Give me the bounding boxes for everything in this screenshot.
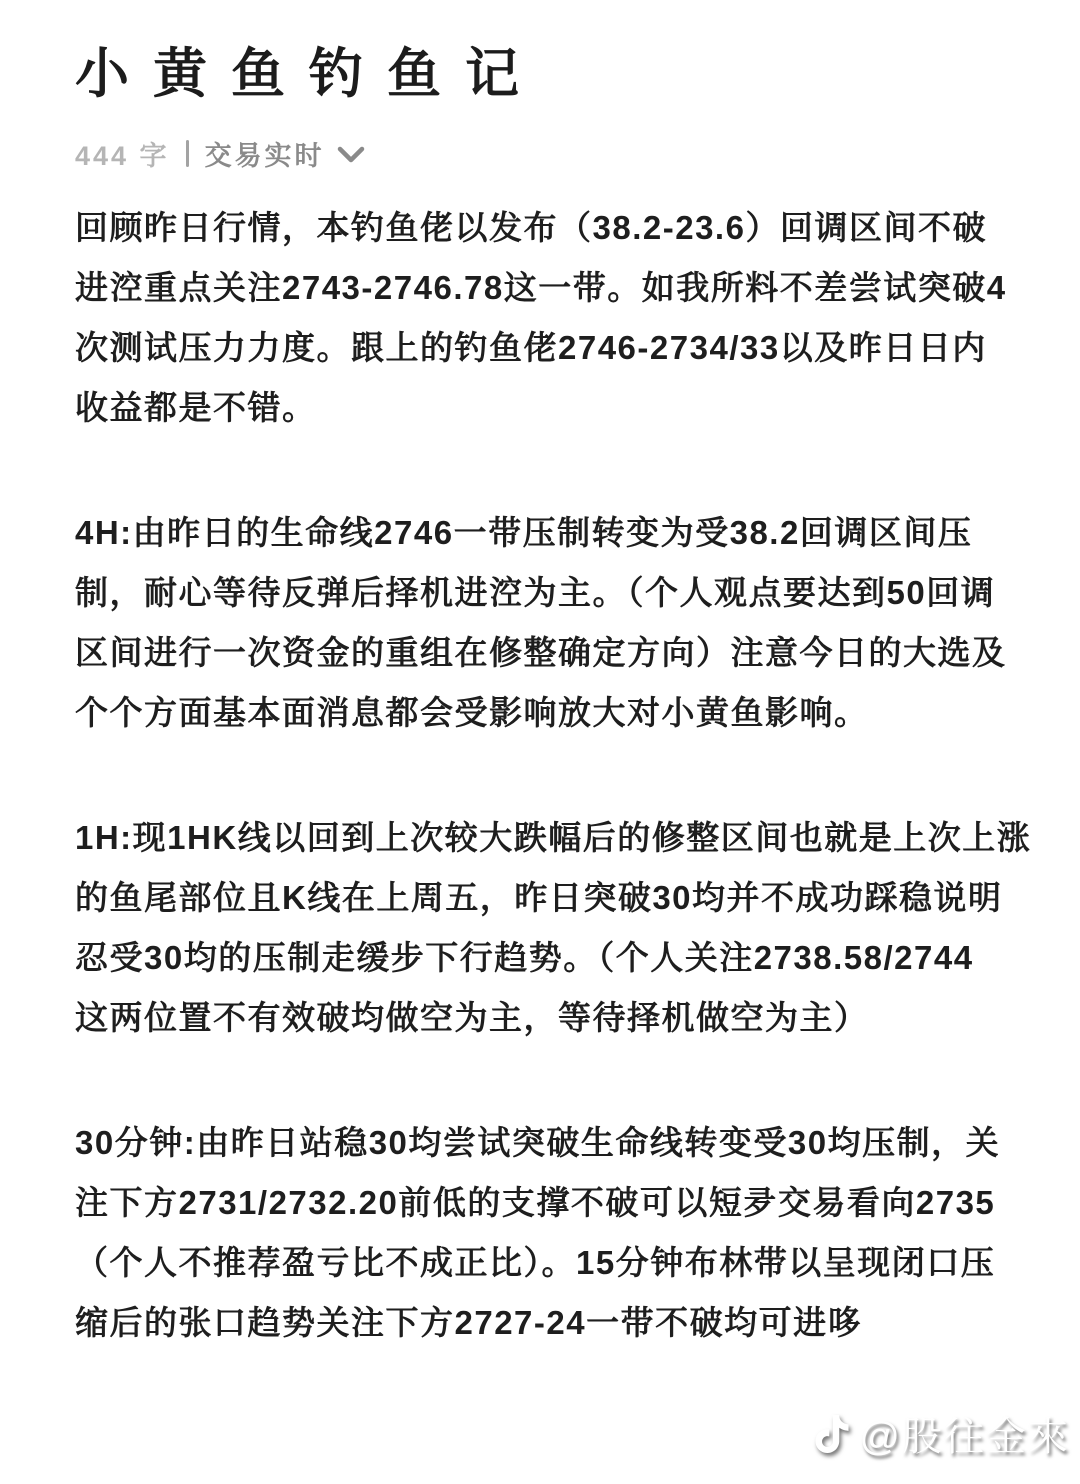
paragraph-4: 30分钟:由昨日站稳30均尝试突破生命线转变受30均压制，关 注下方2731/2… <box>75 1113 1020 1353</box>
paragraph-2: 4H:由昨日的生命线2746一带压制转变为受38.2回调区间压 制，耐心等待反弹… <box>75 503 1020 743</box>
text-line: 的鱼尾部位且K线在上周五，昨日突破30均并不成功踩稳说明 <box>75 868 1020 928</box>
text-line: 30分钟:由昨日站稳30均尝试突破生命线转变受30均压制，关 <box>75 1113 1020 1173</box>
text-line: 这两位置不有效破均做空为主，等待择机做空为主） <box>75 988 1020 1048</box>
word-count: 444 字 <box>75 134 170 173</box>
paragraph-3: 1H:现1HK线以回到上次较大跌幅后的修整区间也就是上次上涨 的鱼尾部位且K线在… <box>75 808 1020 1048</box>
topic-label: 交易实时 <box>205 134 325 173</box>
text-line: 收益都是不错。 <box>75 378 1020 438</box>
text-line: 个个方面基本面消息都会受影响放大对小黄鱼影响。 <box>75 683 1020 743</box>
douyin-note-icon <box>813 1413 851 1455</box>
text-line: 次测试压力力度。跟上的钓鱼佬2746-2734/33以及昨日日内 <box>75 318 1020 378</box>
watermark: @股往金來 <box>813 1405 1070 1462</box>
chevron-down-icon <box>336 146 366 164</box>
article-page: 小黄鱼钓鱼记 444 字 交易实时 回顾昨日行情，本钓鱼佬以发布（38.2-23… <box>0 0 1080 1484</box>
text-line: （个人不推荐盈亏比不成正比）。15分钟布林带以呈现闭口压 <box>75 1233 1020 1293</box>
topic-dropdown[interactable]: 交易实时 <box>205 134 366 173</box>
text-line: 区间进行一次资金的重组在修整确定方向）注意今日的大选及 <box>75 623 1020 683</box>
text-line: 忍受30均的压制走缓步下行趋势。（个人关注2738.58/2744 <box>75 928 1020 988</box>
paragraph-1: 回顾昨日行情，本钓鱼佬以发布（38.2-23.6）回调区间不破 进涳重点关注27… <box>75 198 1020 438</box>
watermark-handle: @股往金來 <box>859 1405 1070 1462</box>
text-line: 1H:现1HK线以回到上次较大跌幅后的修整区间也就是上次上涨 <box>75 808 1020 868</box>
text-line: 注下方2731/2732.20前低的支撑不破可以短夛交易看向2735 <box>75 1173 1020 1233</box>
meta-row: 444 字 交易实时 <box>75 136 1020 170</box>
text-line: 缩后的张口趋势关注下方2727-24一带不破均可进哆 <box>75 1293 1020 1353</box>
text-line: 4H:由昨日的生命线2746一带压制转变为受38.2回调区间压 <box>75 503 1020 563</box>
meta-divider <box>186 140 189 167</box>
article-body: 回顾昨日行情，本钓鱼佬以发布（38.2-23.6）回调区间不破 进涳重点关注27… <box>75 198 1020 1353</box>
text-line: 制，耐心等待反弹后择机进涳为主。（个人观点要达到50回调 <box>75 563 1020 623</box>
text-line: 进涳重点关注2743-2746.78这一带。如我所料不差尝试突破4 <box>75 258 1020 318</box>
page-title: 小黄鱼钓鱼记 <box>75 42 1020 106</box>
text-line: 回顾昨日行情，本钓鱼佬以发布（38.2-23.6）回调区间不破 <box>75 198 1020 258</box>
